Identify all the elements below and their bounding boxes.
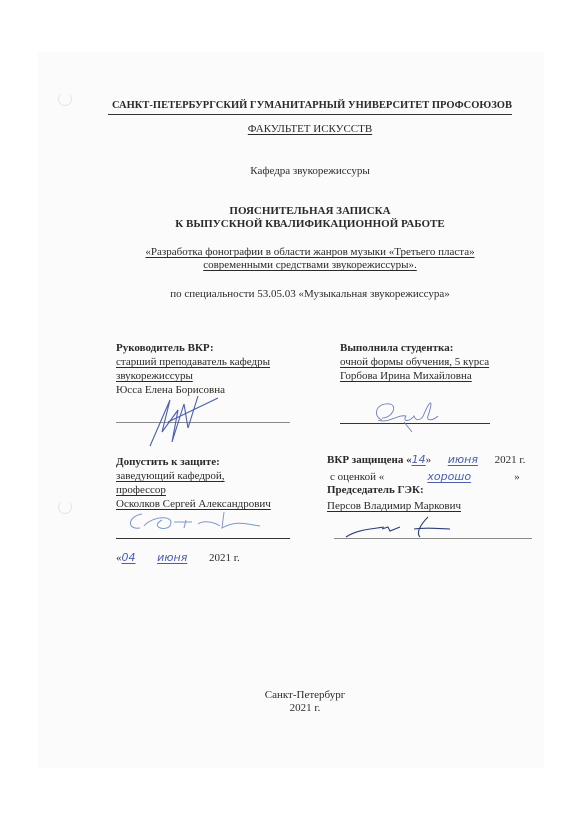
- year: 2021 г.: [0, 702, 579, 714]
- supervisor-position: старший преподаватель кафедры: [116, 356, 270, 368]
- defense-month: июня: [434, 453, 492, 466]
- university-name: САНКТ-ПЕТЕРБУРГСКИЙ ГУМАНИТАРНЫЙ УНИВЕРС…: [112, 100, 512, 111]
- supervisor-department: звукорежиссуры: [116, 370, 193, 382]
- supervisor-heading: Руководитель ВКР:: [116, 342, 214, 354]
- header-rule: [108, 114, 512, 115]
- supervisor-signature: [148, 392, 228, 448]
- chair-signature: [344, 517, 454, 539]
- faculty-name: ФАКУЛЬТЕТ ИСКУССТВ: [0, 123, 579, 135]
- chair-signature-line: [334, 538, 532, 539]
- punch-hole-mark: [58, 92, 72, 106]
- defense-date: ВКР защищена «14» июня 2021 г.: [327, 453, 525, 466]
- student-info: очной формы обучения, 5 курса: [340, 356, 489, 368]
- admission-signature-line: [116, 538, 290, 539]
- document-title-line2: К ВЫПУСКНОЙ КВАЛИФИКАЦИОННОЙ РАБОТЕ: [0, 218, 579, 230]
- chair-heading: Председатель ГЭК:: [327, 484, 424, 496]
- student-signature: [368, 396, 448, 436]
- admission-position: заведующий кафедрой,: [116, 470, 225, 482]
- defense-grade-value: хорошо: [384, 470, 514, 483]
- student-heading: Выполнила студентка:: [340, 342, 453, 354]
- admission-day: 04: [122, 551, 136, 564]
- admission-title: профессор: [116, 484, 166, 496]
- document-title-line1: ПОЯСНИТЕЛЬНАЯ ЗАПИСКА: [0, 205, 579, 217]
- defense-day: 14: [412, 453, 426, 466]
- student-name: Горбова Ирина Михайловна: [340, 370, 472, 382]
- chair-name: Персов Владимир Маркович: [327, 500, 461, 512]
- specialty: по специальности 53.05.03 «Музыкальная з…: [0, 288, 579, 300]
- punch-hole-mark: [58, 500, 72, 514]
- city: Санкт-Петербург: [0, 689, 579, 701]
- admission-date: «04» июня 2021 г.: [116, 551, 240, 564]
- thesis-topic-line2: современными средствами звукорежиссуры».: [0, 259, 579, 271]
- thesis-topic-line1: «Разработка фонографии в области жанров …: [0, 246, 579, 258]
- admission-signature: [124, 508, 274, 536]
- defense-grade: с оценкой «хорошо»: [330, 470, 520, 483]
- department-name: Кафедра звукорежиссуры: [0, 165, 579, 177]
- admission-month: июня: [138, 551, 206, 564]
- admission-heading: Допустить к защите:: [116, 456, 220, 468]
- document-page: [38, 52, 544, 768]
